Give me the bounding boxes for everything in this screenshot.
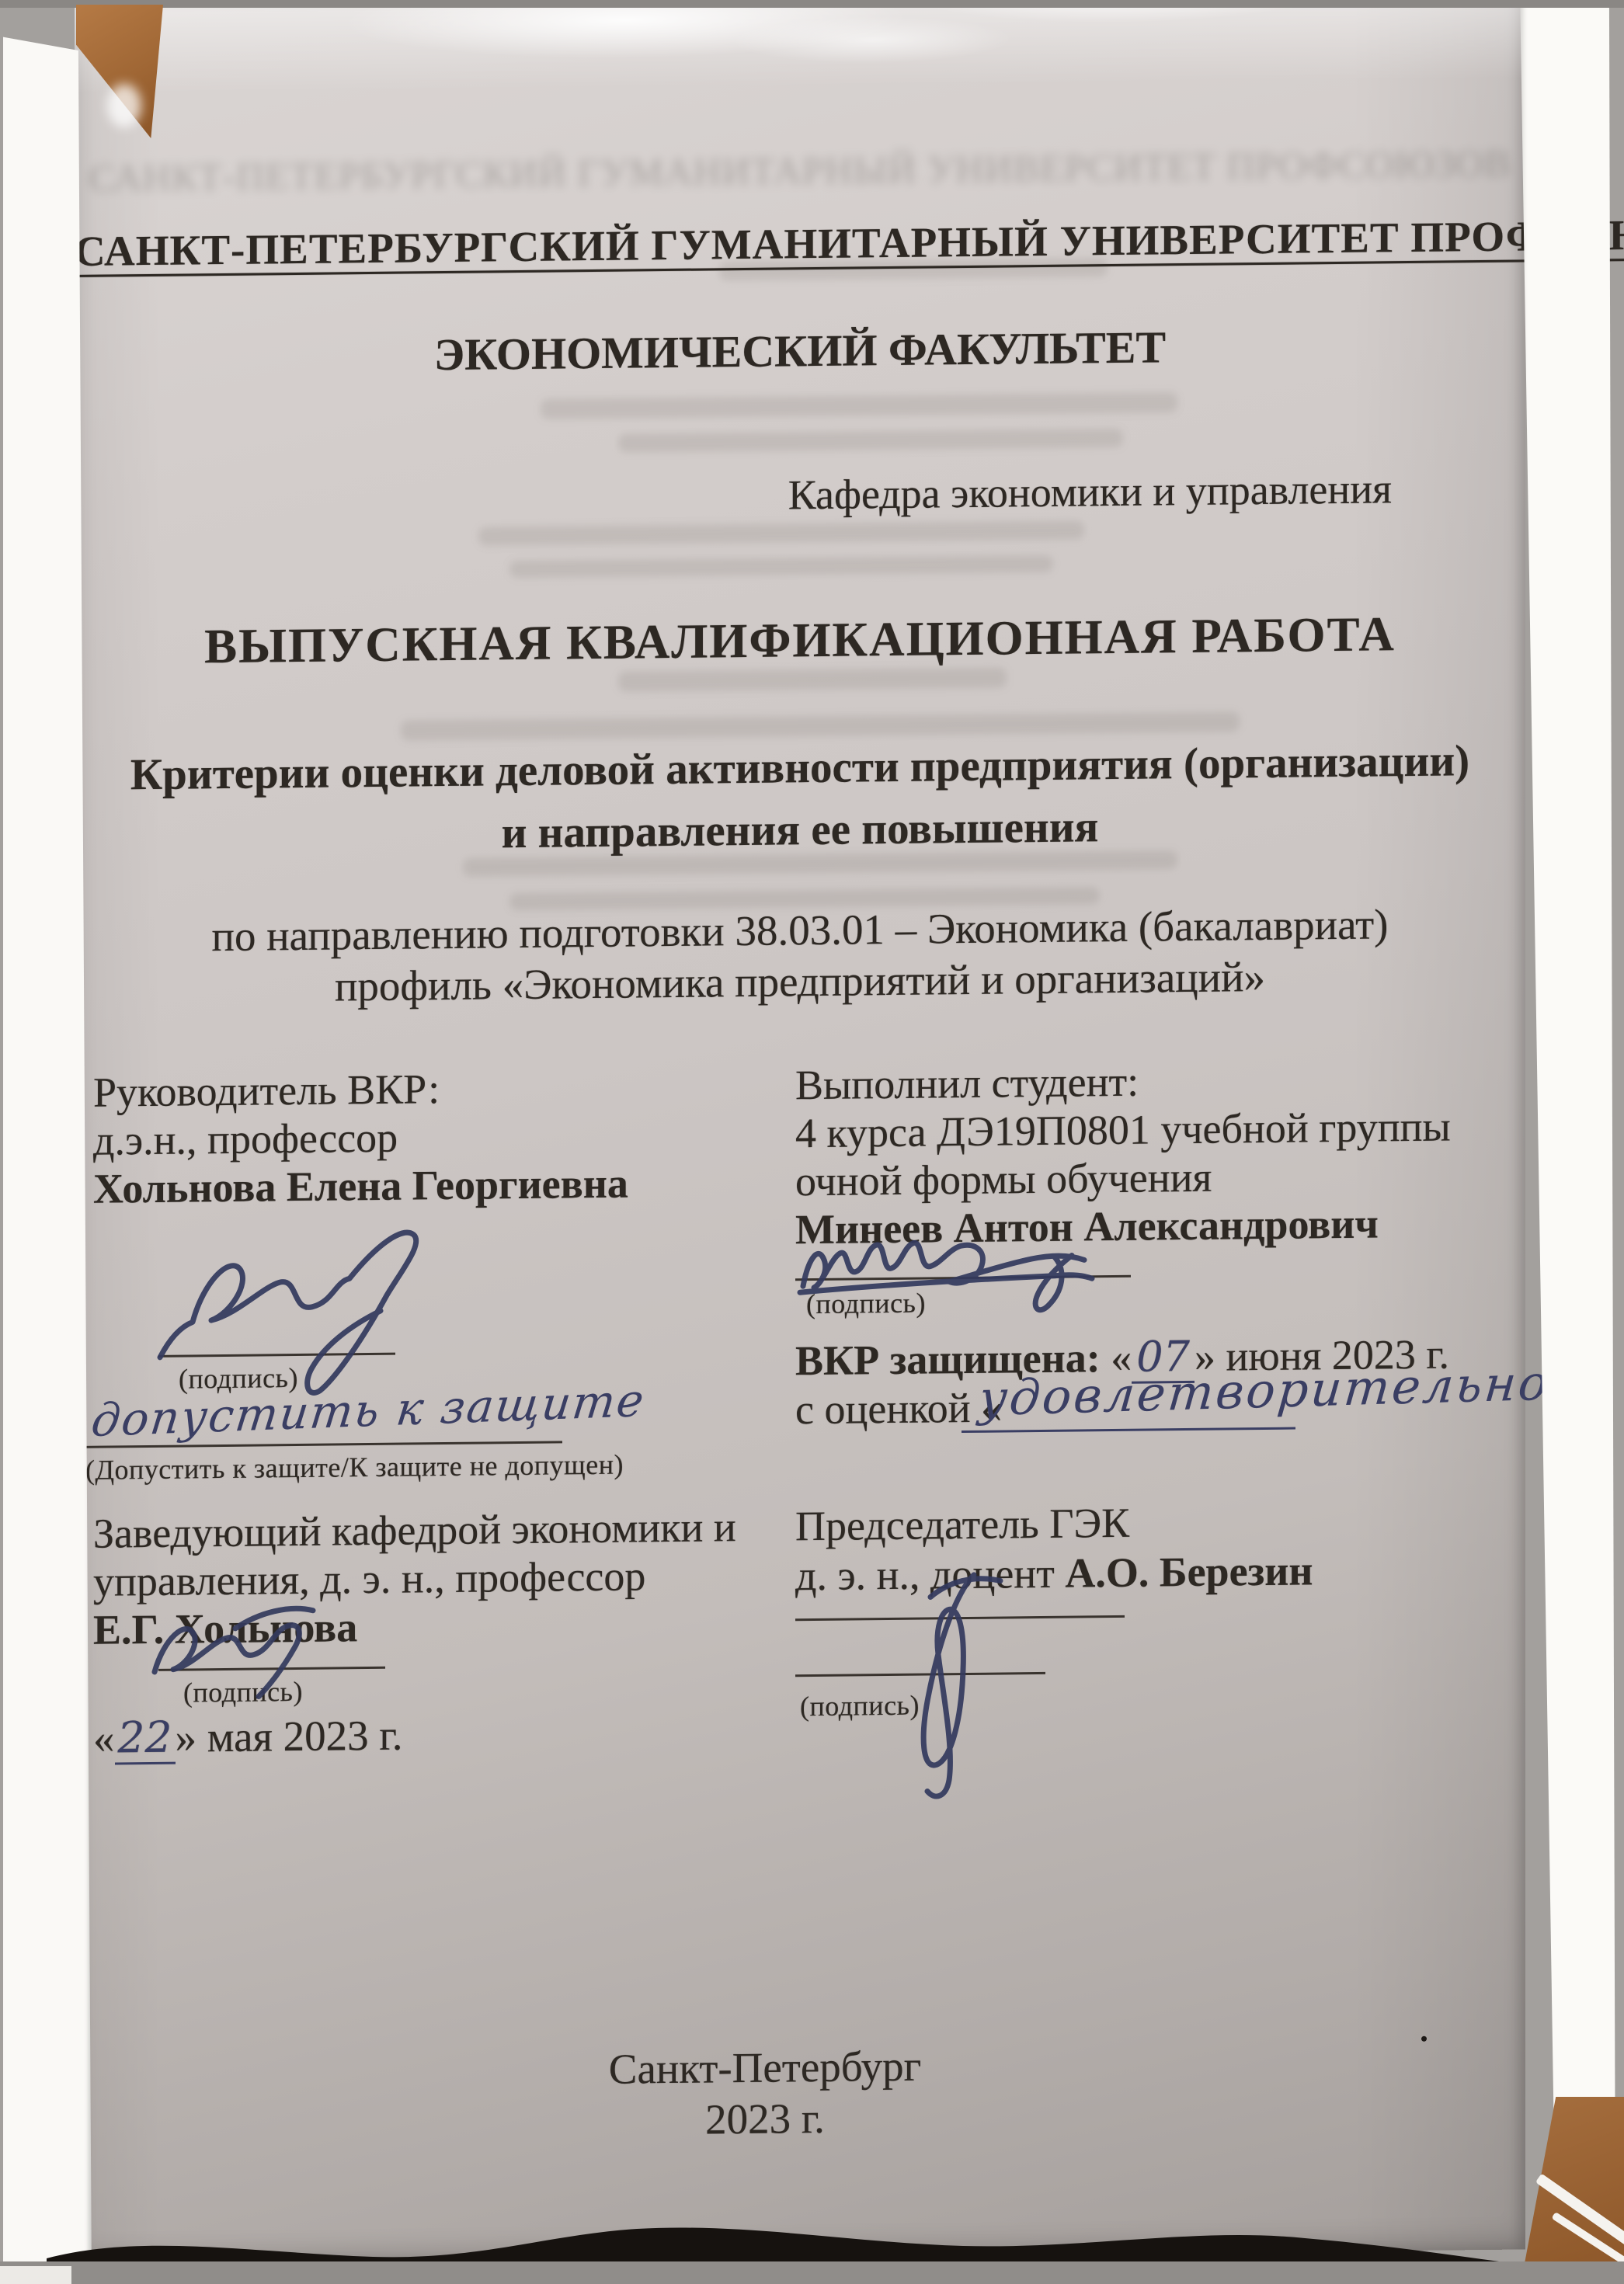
chairman-signature (882, 1566, 1061, 1801)
supervisor-signature (144, 1194, 502, 1400)
head-role-line1: Заведующий кафедрой экономики и (93, 1503, 736, 1558)
head-signature (141, 1596, 374, 1703)
ghost-line (618, 429, 1123, 453)
title-page-sheet: САНКТ-ПЕТЕРБУРГСКИЙ ГУМАНИТАРНЫЙ УНИВЕРС… (75, 0, 1525, 2265)
grade-underline (962, 1427, 1295, 1434)
ghost-line (541, 392, 1177, 419)
underlying-pages-right-edge (1519, 0, 1617, 2284)
head-date: «22» мая 2023 г. (93, 1710, 403, 1763)
photo-of-title-page: САНКТ-ПЕТЕРБУРГСКИЙ ГУМАНИТАРНЫЙ УНИВЕРС… (0, 0, 1624, 2284)
committee-name: А.О. Березин (1065, 1547, 1313, 1596)
date-close-quote: » (176, 1713, 197, 1761)
thesis-title-line1: Критерии оценки деловой активности предп… (75, 735, 1525, 801)
faculty-name: ЭКОНОМИЧЕСКИЙ ФАКУЛЬТЕТ (75, 317, 1525, 384)
student-form: очной формы обучения (795, 1153, 1212, 1206)
bottom-left-page-sliver (0, 2266, 71, 2284)
head-date-rest: мая 2023 г. (196, 1712, 403, 1761)
department-name: Кафедра экономики и управления (788, 464, 1392, 519)
thesis-title-line2: и направления ее повышения (75, 797, 1525, 863)
supervisor-degree: д.э.н., профессор (93, 1114, 398, 1165)
ghost-line (401, 711, 1240, 740)
work-type: ВЫПУСКНАЯ КВАЛИФИКАЦИОННАЯ РАБОТА (75, 604, 1525, 676)
student-signature (797, 1210, 1108, 1322)
table-corner-bottom-right (1521, 2097, 1624, 2284)
reflection-glare (107, 84, 141, 127)
underlying-pages-left-edge (3, 28, 92, 2284)
head-date-day-handwritten: 22 (115, 1712, 176, 1765)
ghost-header-bleedthrough: САНКТ-ПЕТЕРБУРГСКИЙ ГУМАНИТАРНЫЙ УНИВЕРС… (75, 140, 1525, 200)
admission-caption: (Допустить к защите/К защите не допущен) (85, 1448, 624, 1486)
date-open-quote: « (93, 1714, 115, 1761)
ghost-line (478, 520, 1084, 545)
background-bottom-band (0, 2261, 1624, 2284)
supervisor-role: Руководитель ВКР: (93, 1065, 440, 1117)
student-role: Выполнил студент: (795, 1058, 1139, 1110)
background-top-band (0, 0, 1624, 8)
university-name: САНКТ-ПЕТЕРБУРГСКИЙ ГУМАНИТАРНЫЙ УНИВЕРС… (75, 211, 1525, 276)
ghost-line (509, 555, 1053, 578)
ghost-line (618, 667, 1007, 691)
committee-role: Председатель ГЭК (795, 1499, 1129, 1551)
grade-label: с оценкой « (795, 1383, 1002, 1434)
student-group: 4 курса ДЭ19П0801 учебной группы (795, 1102, 1451, 1157)
